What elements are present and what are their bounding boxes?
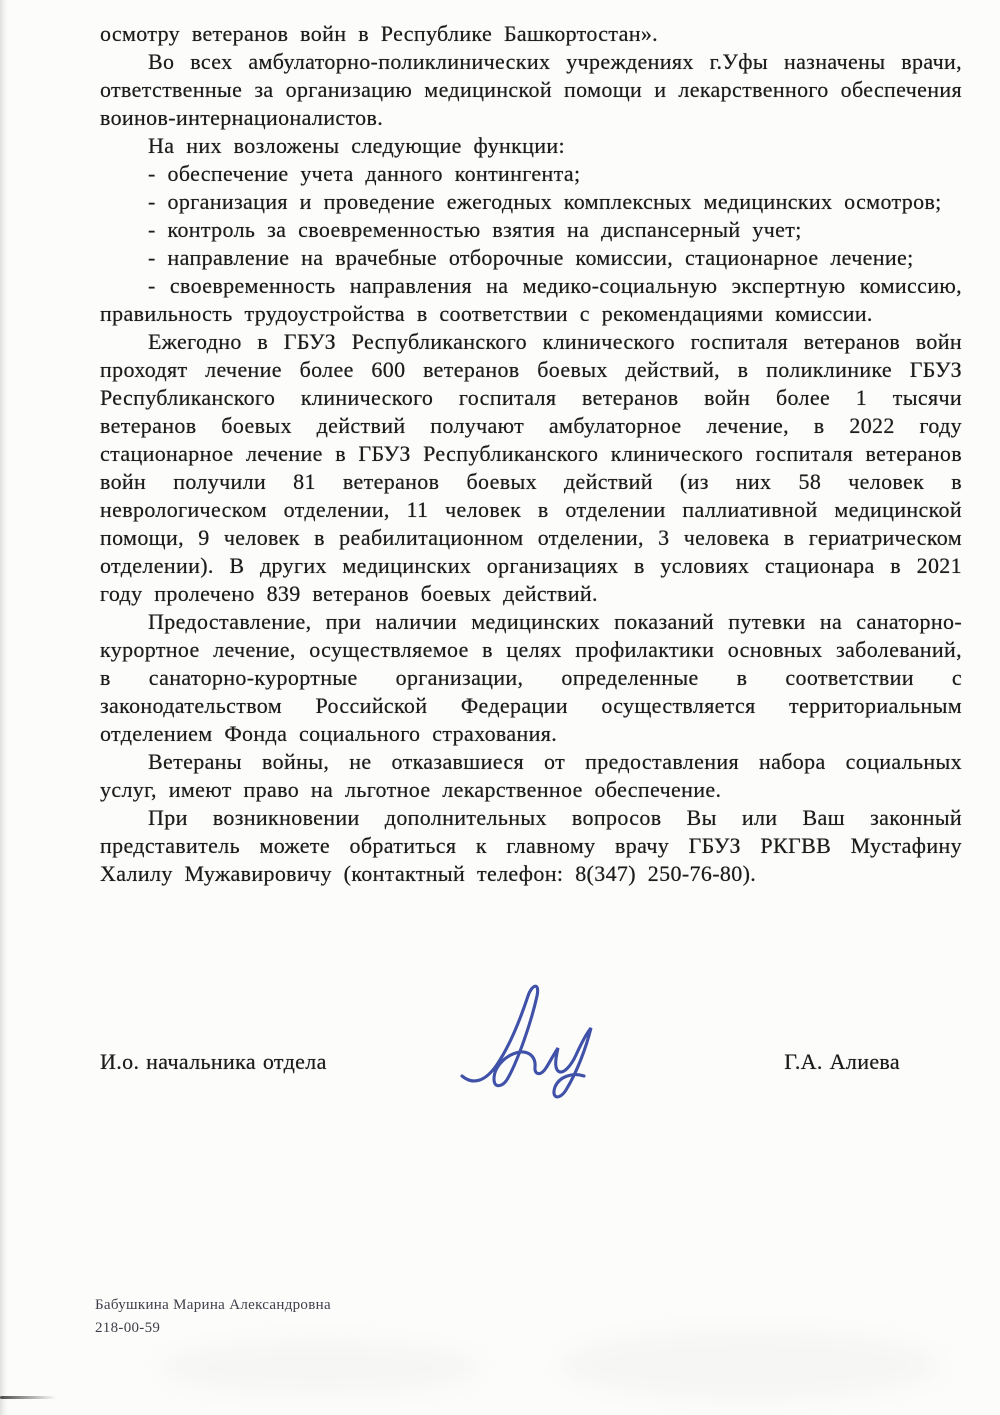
scan-blotch-artifact	[160, 1340, 480, 1395]
paragraph: Ежегодно в ГБУЗ Республиканского клиниче…	[100, 328, 962, 608]
list-item: - обеспечение учета данного контингента;	[100, 160, 962, 188]
signer-name: Г.А. Алиева	[784, 1048, 900, 1076]
executor-name: Бабушкина Марина Александровна	[95, 1294, 331, 1317]
executor-phone: 218-00-59	[95, 1317, 331, 1340]
paragraph: На них возложены следующие функции:	[100, 132, 962, 160]
signature-block: И.о. начальника отдела Г.А. Алиева	[100, 1030, 962, 1094]
handwritten-signature	[452, 968, 612, 1103]
document-page: осмотру ветеранов войн в Республике Башк…	[0, 0, 1000, 1415]
scan-line-artifact	[0, 1396, 56, 1399]
paragraph: При возникновении дополнительных вопросо…	[100, 804, 962, 888]
paragraph: осмотру ветеранов войн в Республике Башк…	[100, 20, 962, 48]
list-item: - организация и проведение ежегодных ком…	[100, 188, 962, 216]
executor-footer: Бабушкина Марина Александровна 218-00-59	[95, 1294, 331, 1340]
paragraph: Предоставление, при наличии медицинских …	[100, 608, 962, 748]
paragraph: Ветераны войны, не отказавшиеся от предо…	[100, 748, 962, 804]
paragraph: Во всех амбулаторно-поликлинических учре…	[100, 48, 962, 132]
list-item: - своевременность направления на медико-…	[100, 272, 962, 328]
list-item: - контроль за своевременностью взятия на…	[100, 216, 962, 244]
acting-head-title: И.о. начальника отдела	[100, 1048, 327, 1076]
list-item: - направление на врачебные отборочные ко…	[100, 244, 962, 272]
document-body: осмотру ветеранов войн в Республике Башк…	[0, 0, 1000, 1094]
scan-blotch-artifact	[560, 1330, 940, 1400]
